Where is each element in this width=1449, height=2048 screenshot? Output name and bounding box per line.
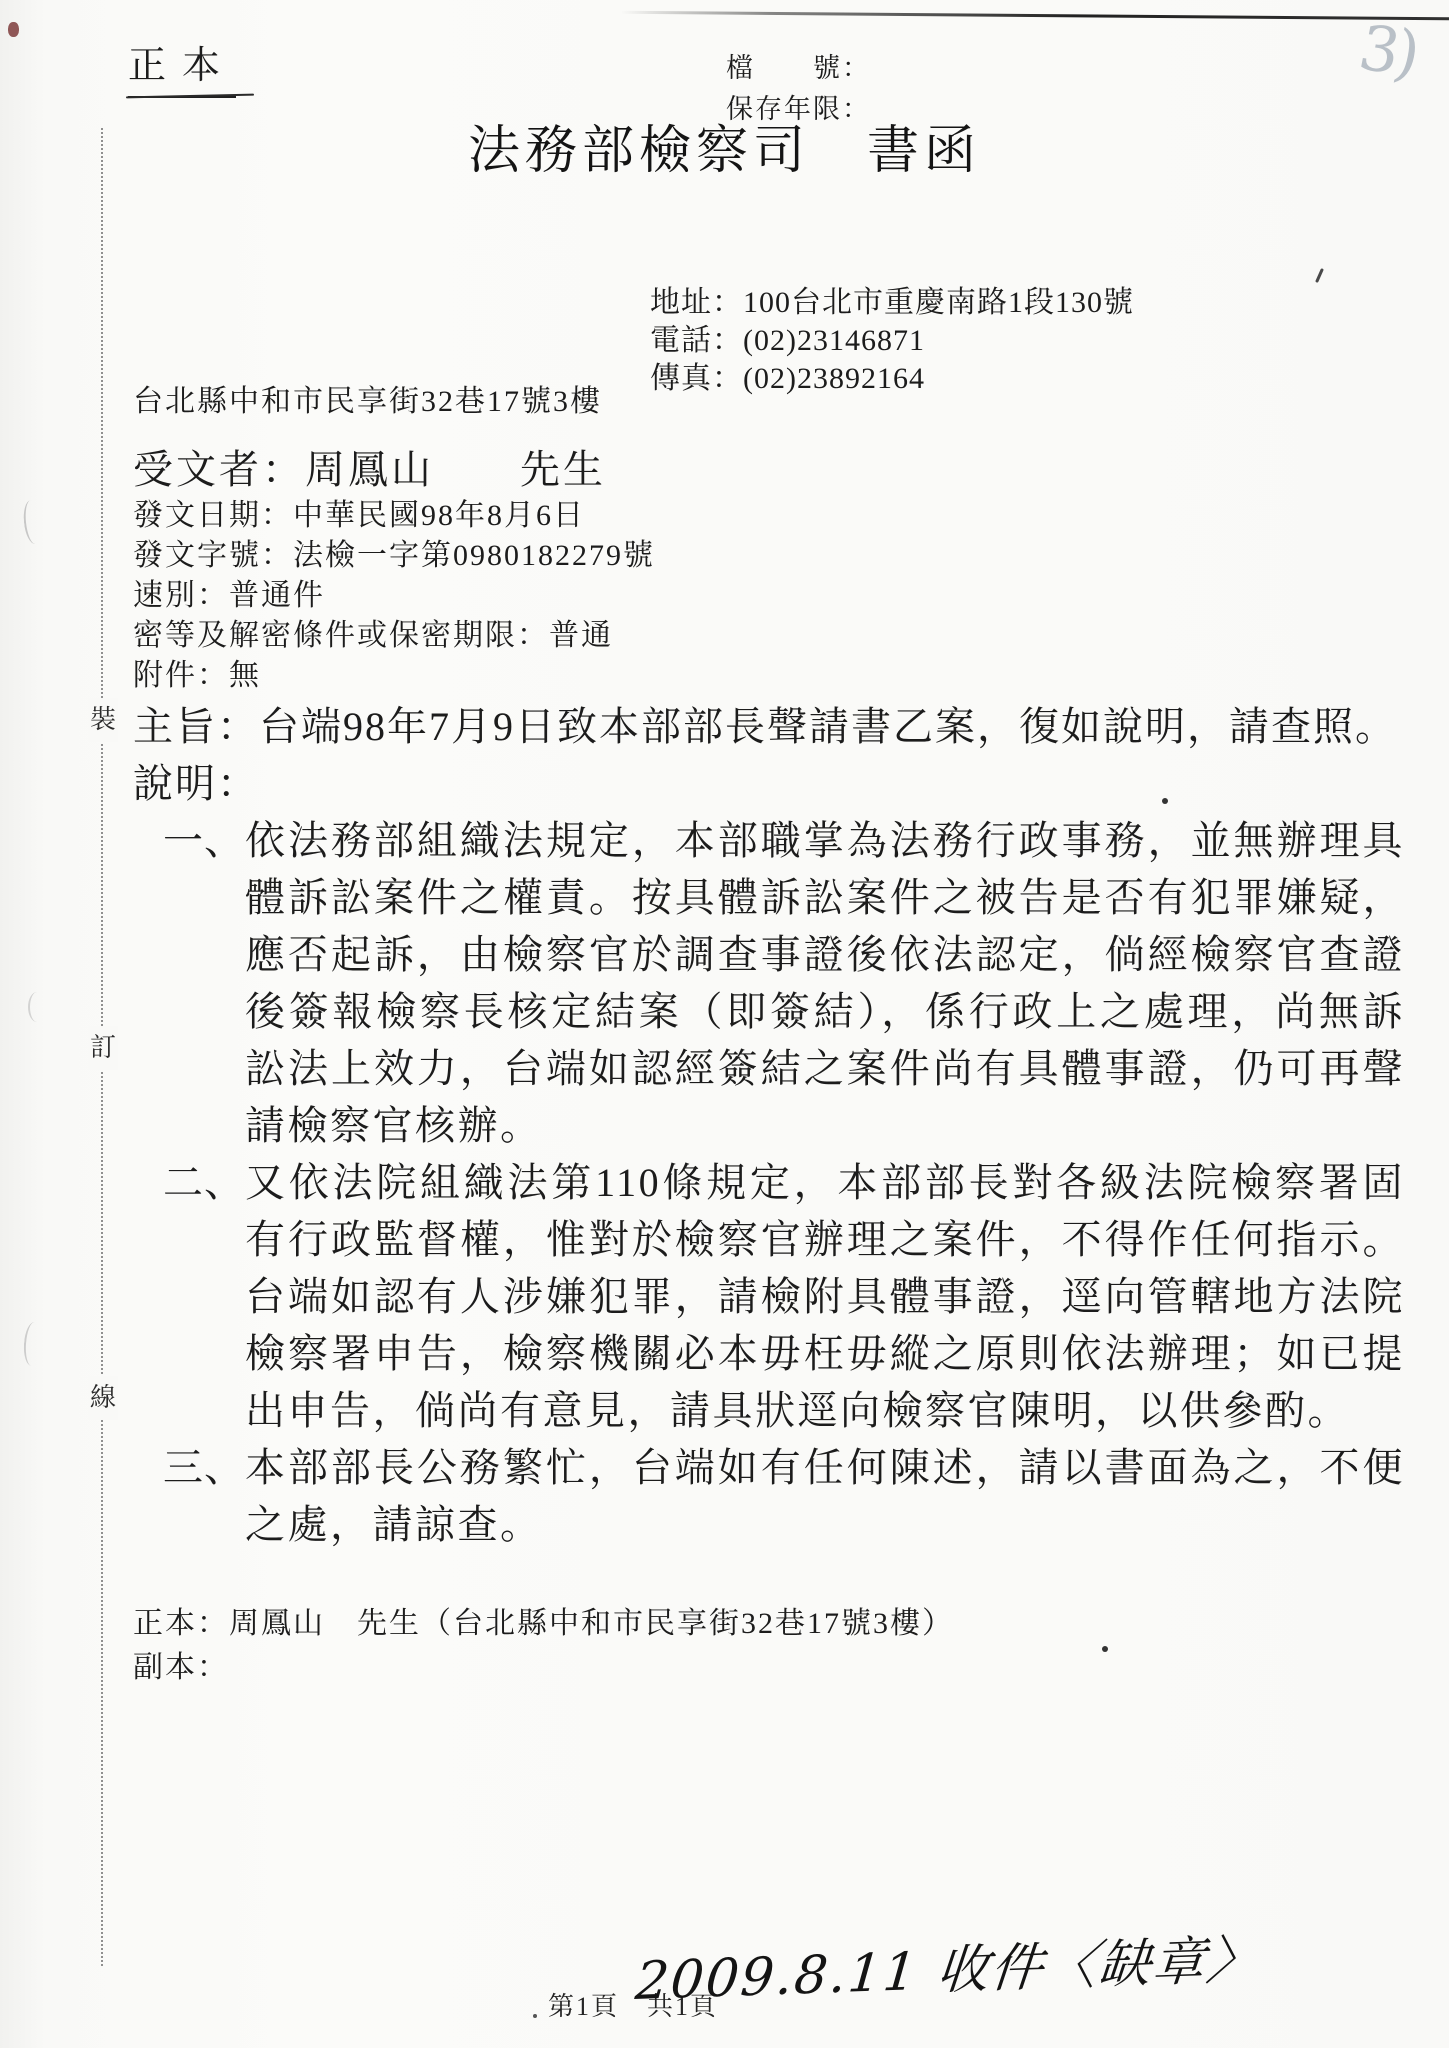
document-meta-block: 發文日期：中華民國98年8月6日 發文字號：法檢一字第0980182279號 速…	[133, 496, 655, 696]
paragraph-3-number: 三、	[163, 1439, 245, 1496]
paragraph-1: 一、 依法務部組織法規定，本部職掌為法務行政事務，並無辦理具體訴訟案件之權責。按…	[163, 812, 1413, 1154]
document-title: 法務部檢察司 書函	[0, 108, 1449, 183]
subject-line: 主旨：台端98年7月9日致本部部長聲請書乙案，復如說明，請查照。	[133, 698, 1423, 755]
attachment-line: 附件：無	[133, 656, 655, 696]
classification-line: 密等及解密條件或保密期限：普通	[133, 616, 655, 656]
corner-ink-speck	[8, 22, 19, 37]
recipient-address: 台北縣中和市民享街32巷17號3樓	[133, 376, 602, 420]
handwritten-receipt-note: 2009.8.11 收件〈缺章〉	[633, 1917, 1264, 2014]
archive-no-label: 檔 號：	[726, 48, 871, 89]
paragraph-3-text: 本部部長公務繁忙，台端如有任何陳述，請以書面為之，不便之處，請諒查。	[245, 1439, 1405, 1553]
binding-label-xian: 線	[88, 1376, 118, 1420]
binding-label-ding: 訂	[88, 1026, 118, 1070]
pencil-page-number: 3)	[1353, 11, 1422, 90]
scan-line-artifact	[620, 11, 1449, 21]
body-paragraphs: 一、 依法務部組織法規定，本部職掌為法務行政事務，並無辦理具體訴訟案件之權責。按…	[163, 812, 1413, 1553]
scanned-letter-page: 3) 裝 訂 線 正本 檔 號： 保存年限： 法務部檢察司 書函 地址：100台…	[0, 0, 1449, 2048]
explanation-label: 說明：	[133, 755, 1423, 812]
copy-type-label: 正本	[128, 34, 236, 98]
scan-curve-artifact	[22, 499, 45, 545]
ink-dot	[1102, 1646, 1108, 1652]
issue-date-line: 發文日期：中華民國98年8月6日	[133, 496, 655, 536]
paragraph-2: 二、 又依法院組織法第110條規定，本部部長對各級法院檢察署固有行政監督權，惟對…	[163, 1154, 1413, 1439]
ink-dot	[533, 2014, 537, 2018]
reference-number-line: 發文字號：法檢一字第0980182279號	[133, 536, 655, 576]
addressee-line: 受文者：周鳳山 先生	[133, 438, 606, 495]
distribution-original: 正本：周鳳山 先生（台北縣中和市民享街32巷17號3樓）	[133, 1602, 954, 1646]
paragraph-2-text: 又依法院組織法第110條規定，本部部長對各級法院檢察署固有行政監督權，惟對於檢察…	[245, 1154, 1405, 1439]
sender-phone: 電話：(02)23146871	[650, 322, 1134, 360]
sender-address: 地址：100台北市重慶南路1段130號	[650, 284, 1134, 322]
distribution-copy: 副本：	[133, 1646, 954, 1690]
distribution-block: 正本：周鳳山 先生（台北縣中和市民享街32巷17號3樓） 副本：	[133, 1602, 954, 1690]
paragraph-1-text: 依法務部組織法規定，本部職掌為法務行政事務，並無辦理具體訴訟案件之權責。按具體訴…	[245, 812, 1405, 1154]
binding-label-zhuang: 裝	[88, 698, 118, 742]
sender-contact-block: 地址：100台北市重慶南路1段130號 電話：(02)23146871 傳真：(…	[650, 284, 1134, 398]
scan-curve-artifact	[22, 1321, 43, 1366]
paragraph-2-number: 二、	[163, 1154, 245, 1211]
scan-curve-artifact	[28, 992, 46, 1022]
paragraph-3: 三、 本部部長公務繁忙，台端如有任何陳述，請以書面為之，不便之處，請諒查。	[163, 1439, 1413, 1553]
sender-fax: 傳真：(02)23892164	[650, 360, 1134, 398]
stray-tick-mark	[1315, 268, 1324, 283]
paragraph-1-number: 一、	[163, 812, 245, 869]
subject-block: 主旨：台端98年7月9日致本部部長聲請書乙案，復如說明，請查照。 說明：	[133, 698, 1423, 812]
priority-line: 速別：普通件	[133, 576, 655, 616]
